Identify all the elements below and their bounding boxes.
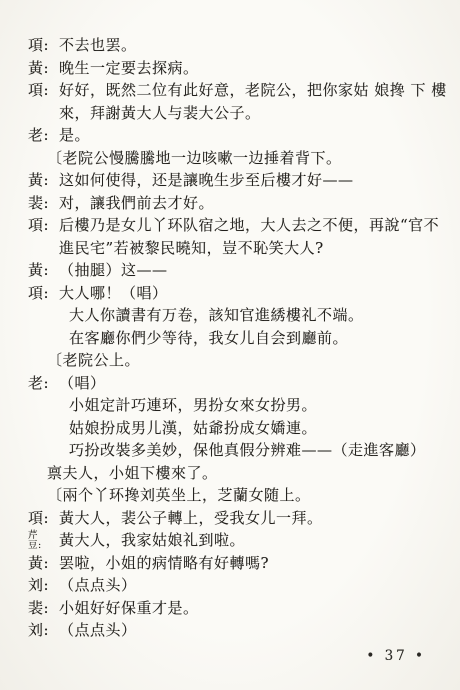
- line-text: （点点头）: [59, 619, 137, 642]
- speaker-label: 黃:: [28, 169, 59, 192]
- line-text: 〔老院公慢騰騰地一边咳嗽一边捶着背下。: [47, 147, 342, 170]
- verse-line: 大人你讀書有万卷，該知官進綉樓礼不端。: [28, 304, 442, 327]
- line-text: 在客廳你們少等待，我女儿自会到廳前。: [69, 327, 348, 350]
- script-line: 裴: 小姐好好保重才是。: [28, 597, 442, 620]
- verse-line: 巧扮改裝多美妙，保他真假分辨难——（走進客廳）: [28, 439, 442, 462]
- script-line: 項: 黃大人，裴公子轉上，受我女儿一拜。: [28, 507, 442, 530]
- speaker-label: 黃:: [28, 57, 59, 80]
- script-line: 項: 不去也罢。: [28, 34, 442, 57]
- speaker-label: 項:: [28, 507, 59, 530]
- speaker-label: 項:: [28, 282, 59, 305]
- line-text: 〔老院公上。: [47, 349, 140, 372]
- line-text: 進民宅”若被黎民曉知，豈不恥笑大人?: [59, 237, 324, 260]
- script-line: 項: 后樓乃是女儿丫环队宿之地，大人去之不便，再說“官不: [28, 214, 442, 237]
- speaker-label: 項:: [28, 214, 59, 237]
- speaker-label: 裴:: [28, 597, 59, 620]
- speech-carryover-line: 禀夫人，小姐下樓來了。: [28, 462, 442, 485]
- script-line: 項: 好好，既然二位有此好意，老院公，把你家姑 娘搀 下 樓: [28, 79, 442, 102]
- scanned-script-page: 項: 不去也罢。 黃: 晚生一定要去探病。 項: 好好，既然二位有此好意，老院公…: [0, 0, 460, 690]
- line-text: 这如何使得，还是讓晚生步至后樓才好——: [59, 169, 354, 192]
- script-line: 黃: 罢啦，小姐的病情略有好轉嗎?: [28, 552, 442, 575]
- verse-line: 在客廳你們少等待，我女儿自会到廳前。: [28, 327, 442, 350]
- line-text: 禀夫人，小姐下樓來了。: [47, 462, 218, 485]
- script-line: 老: （唱）: [28, 372, 442, 395]
- speaker-label: 項:: [28, 79, 59, 102]
- speaker-label: 刘:: [28, 619, 59, 642]
- speaker-label: 項:: [28, 34, 59, 57]
- script-line: 黃: 这如何使得，还是讓晚生步至后樓才好——: [28, 169, 442, 192]
- line-text: 黃大人，我家姑娘礼到啦。: [59, 529, 245, 552]
- stage-direction: 〔兩个丫环搀刘英坐上，芝蘭女随上。: [28, 484, 442, 507]
- script-line: 刘: （点点头）: [28, 574, 442, 597]
- stage-direction: 〔老院公上。: [28, 349, 442, 372]
- line-text: 晚生一定要去探病。: [59, 57, 199, 80]
- line-text: 姑娘扮成男儿漢，姑爺扮成女嬌連。: [69, 417, 317, 440]
- line-text: 后樓乃是女儿丫环队宿之地，大人去之不便，再說“官不: [59, 214, 439, 237]
- line-text: 是。: [59, 124, 90, 147]
- line-text: 不去也罢。: [59, 34, 137, 57]
- line-text: 小姐定計巧連环，男扮女來女扮男。: [69, 394, 317, 417]
- line-text: 巧扮改裝多美妙，保他真假分辨难——（走進客廳）: [69, 439, 426, 462]
- speaker-label: 老:: [28, 372, 59, 395]
- speaker-label: 裴:: [28, 192, 59, 215]
- speaker-label: 黃:: [28, 552, 59, 575]
- line-text: 罢啦，小姐的病情略有好轉嗎?: [59, 552, 269, 575]
- line-text: 黃大人，裴公子轉上，受我女儿一拜。: [59, 507, 323, 530]
- line-text: （抽腿）这——: [59, 259, 168, 282]
- page-number: • 37 •: [366, 648, 426, 664]
- verse-line: 姑娘扮成男儿漢，姑爺扮成女嬌連。: [28, 417, 442, 440]
- script-line: 老: 是。: [28, 124, 442, 147]
- script-line: 芹 豆: 黃大人，我家姑娘礼到啦。: [28, 529, 442, 552]
- line-text: 小姐好好保重才是。: [59, 597, 199, 620]
- stage-direction: 〔老院公慢騰騰地一边咳嗽一边捶着背下。: [28, 147, 442, 170]
- script-line-continuation: 來，拜謝黃大人与裴大公子。: [28, 102, 442, 125]
- script-line: 黃: （抽腿）这——: [28, 259, 442, 282]
- speaker-label: 黃:: [28, 259, 59, 282]
- line-text: （唱）: [59, 372, 106, 395]
- line-text: 大人你讀書有万卷，該知官進綉樓礼不端。: [69, 304, 364, 327]
- script-line: 刘: （点点头）: [28, 619, 442, 642]
- script-line-continuation: 進民宅”若被黎民曉知，豈不恥笑大人?: [28, 237, 442, 260]
- script-line: 裴: 对，讓我們前去才好。: [28, 192, 442, 215]
- line-text: 对，讓我們前去才好。: [59, 192, 214, 215]
- line-text: 好好，既然二位有此好意，老院公，把你家姑 娘搀 下 樓: [59, 79, 447, 102]
- line-text: 大人哪！（唱）: [59, 282, 168, 305]
- script-line: 項: 大人哪！（唱）: [28, 282, 442, 305]
- script-line: 黃: 晚生一定要去探病。: [28, 57, 442, 80]
- line-text: 〔兩个丫环搀刘英坐上，芝蘭女随上。: [47, 484, 311, 507]
- line-text: 來，拜謝黃大人与裴大公子。: [59, 102, 261, 125]
- verse-line: 小姐定計巧連环，男扮女來女扮男。: [28, 394, 442, 417]
- line-text: （点点头）: [59, 574, 137, 597]
- speaker-label: 刘:: [28, 574, 59, 597]
- speaker-label-stacked: 芹 豆:: [28, 529, 59, 551]
- speaker-label: 老:: [28, 124, 59, 147]
